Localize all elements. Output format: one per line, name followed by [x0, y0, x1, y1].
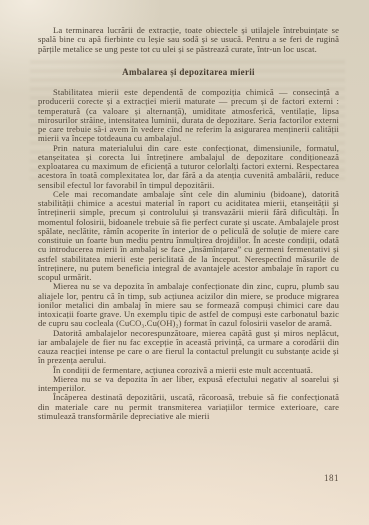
page-number: 181	[324, 473, 339, 483]
text-column: La terminarea lucrării de extracție, toa…	[38, 26, 339, 421]
paragraph-packaging-material: Prin natura materialului din care este c…	[38, 144, 339, 190]
paragraph-forbidden-metals: Mierea nu se va depozita în ambalaje con…	[38, 282, 339, 328]
paragraph-storage-room: Încăperea destinată depozitării, uscată,…	[38, 393, 339, 421]
paragraph-extraction-cleanup: La terminarea lucrării de extracție, toa…	[38, 26, 339, 54]
paragraph-aluminium-containers: Cele mai recomandate ambalaje sînt cele …	[38, 190, 339, 283]
paragraph-iron-corrosion: Datorită ambalajelor necorespunzătoare, …	[38, 329, 339, 366]
section-heading: Ambalarea și depozitarea mierii	[38, 68, 339, 77]
paragraph-stability-factors: Stabilitatea mierii este dependentă de c…	[38, 88, 339, 144]
book-page: La terminarea lucrării de extracție, toa…	[0, 0, 369, 525]
paragraph-open-air-warning: Mierea nu se va depozita în aer liber, e…	[38, 375, 339, 394]
